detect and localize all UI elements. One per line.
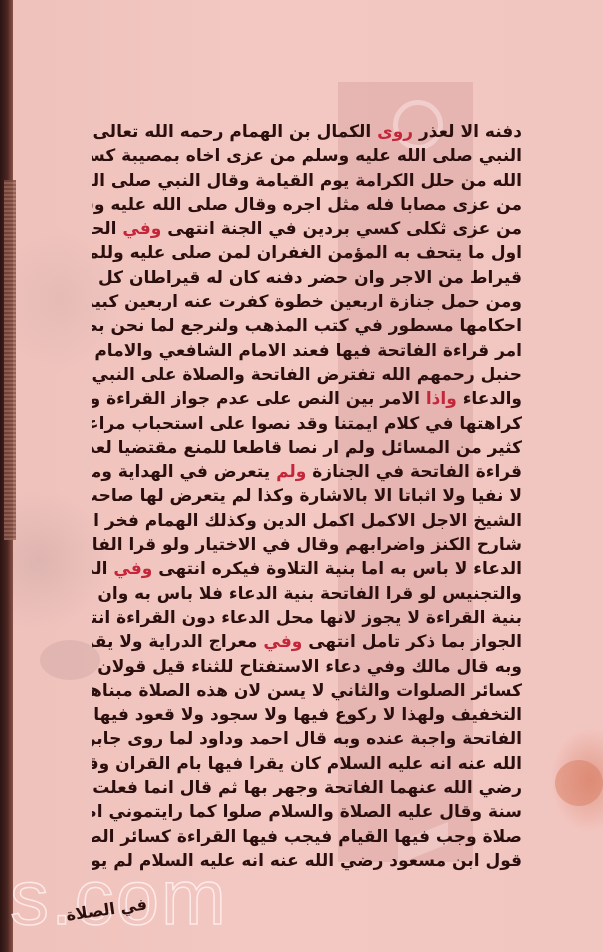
line-text: حنبل رحمهم الله تفترض الفاتحة والصلاة عل… (92, 365, 522, 385)
text-line: الجواز بما ذكر تامل انتهى وفي معراج الدر… (92, 630, 522, 654)
line-text: كسائر الصلوات والثاني لا يسن لان هذه الص… (92, 681, 522, 701)
line-text: سنة وقال عليه الصلاة والسلام صلوا كما را… (92, 802, 522, 822)
line-text: احكامها مسطور في كتب المذهب ولنرجع لما ن… (92, 316, 522, 336)
text-line: قيراط من الاجر وان حضر دفنه كان له قيراط… (92, 266, 522, 290)
text-line: احكامها مسطور في كتب المذهب ولنرجع لما ن… (92, 314, 522, 338)
line-text: وبه قال مالك وفي دعاء الاستفتاح للثناء ق… (92, 657, 522, 677)
line-text: الحديث ما معناه (92, 219, 122, 239)
line-text: الجواز بما ذكر تامل انتهى (302, 632, 522, 652)
line-text: والدعاء (457, 389, 522, 409)
line-text: الشيخ الاجل الاكمل اكمل الدين وكذلك الهم… (92, 511, 522, 531)
text-line: بنية القراءة لا يجوز لانها محل الدعاء دو… (92, 606, 522, 630)
text-line: كراهتها في كلام ايمتنا وقد نصوا على استح… (92, 412, 522, 436)
line-text: شارح الكنز واضرابهم وقال في الاختيار ولو… (92, 535, 522, 555)
manuscript-text-block: دفنه الا لعذر روى الكمال بن الهمام رحمه … (92, 120, 522, 873)
line-text: الامر بين النص على عدم جواز القراءة والن… (92, 389, 426, 409)
text-line: كسائر الصلوات والثاني لا يسن لان هذه الص… (92, 679, 522, 703)
line-text: كراهتها في كلام ايمتنا وقد نصوا على استح… (92, 414, 522, 434)
paper-stain (555, 760, 603, 806)
text-line: والدعاء واذا الامر بين النص على عدم جواز… (92, 387, 522, 411)
line-text: رضي الله عنهما الفاتحة وجهر بها ثم قال ا… (92, 778, 522, 798)
line-text: الفاتحة واجبة عنده وبه قال احمد وداود لم… (92, 729, 522, 749)
line-text: قول ابن مسعود رضي الله عنه انه عليه السل… (92, 851, 522, 871)
line-text: المحيط (92, 559, 113, 579)
line-text: امر قراءة الفاتحة فيها فعند الامام الشاف… (92, 341, 522, 361)
text-line: امر قراءة الفاتحة فيها فعند الامام الشاف… (92, 339, 522, 363)
text-line: الله من حلل الكرامة يوم القيامة وقال الن… (92, 169, 522, 193)
rubric-word: ولم (276, 462, 306, 482)
rubric-word: وفي (263, 632, 302, 652)
rubric-word: وفي (113, 559, 152, 579)
line-text: من عزى ثكلى كسي بردين في الجنة انتهى (161, 219, 522, 239)
spine-fray-edge (4, 180, 16, 540)
line-text: التخفيف ولهذا لا ركوع فيها ولا سجود ولا … (92, 705, 522, 725)
text-line: والتجنيس لو قرا الفاتحة بنية الدعاء فلا … (92, 582, 522, 606)
text-line: وبه قال مالك وفي دعاء الاستفتاح للثناء ق… (92, 655, 522, 679)
text-line: الفاتحة واجبة عنده وبه قال احمد وداود لم… (92, 727, 522, 751)
line-text: الله من حلل الكرامة يوم القيامة وقال الن… (92, 171, 522, 191)
line-text: قيراط من الاجر وان حضر دفنه كان له قيراط… (92, 268, 522, 288)
line-text: صلاة وجب فيها القيام فيجب فيها القراءة ك… (92, 827, 522, 847)
text-line: التخفيف ولهذا لا ركوع فيها ولا سجود ولا … (92, 703, 522, 727)
line-text: بنية القراءة لا يجوز لانها محل الدعاء دو… (92, 608, 522, 628)
text-line: رضي الله عنهما الفاتحة وجهر بها ثم قال ا… (92, 776, 522, 800)
line-text: لا نفيا ولا اثباتا الا بالاشارة وكذا لم … (92, 486, 522, 506)
manuscript-page: s.com دفنه الا لعذر روى الكمال بن الهمام… (0, 0, 603, 952)
line-text: كثير من المسائل ولم ار نصا قاطعا للمنع م… (92, 438, 522, 458)
text-line: قول ابن مسعود رضي الله عنه انه عليه السل… (92, 849, 522, 873)
text-line: كثير من المسائل ولم ار نصا قاطعا للمنع م… (92, 436, 522, 460)
paper-stain (40, 640, 100, 680)
line-text: والتجنيس لو قرا الفاتحة بنية الدعاء فلا … (92, 584, 522, 604)
text-line: الشيخ الاجل الاكمل اكمل الدين وكذلك الهم… (92, 509, 522, 533)
rubric-word: واذا (426, 389, 457, 409)
line-text: الله عنه انه عليه السلام كان يقرا فيها ب… (92, 754, 522, 774)
text-line: لا نفيا ولا اثباتا الا بالاشارة وكذا لم … (92, 484, 522, 508)
text-line: ومن حمل جنازة اربعين خطوة كفرت عنه اربعي… (92, 290, 522, 314)
line-text: يتعرض في الهداية ومن تبعها للقراءة (92, 462, 276, 482)
rubric-word: روى (377, 122, 413, 142)
line-text: الكمال بن الهمام رحمه الله تعالى قال (92, 122, 377, 142)
text-line: اول ما يتحف به المؤمن الغفران لمن صلى عل… (92, 241, 522, 265)
line-text: من عزى مصابا فله مثل اجره وقال صلى الله … (92, 195, 522, 215)
text-line: دفنه الا لعذر روى الكمال بن الهمام رحمه … (92, 120, 522, 144)
line-text: دفنه الا لعذر (413, 122, 522, 142)
text-line: حنبل رحمهم الله تفترض الفاتحة والصلاة عل… (92, 363, 522, 387)
text-line: سنة وقال عليه الصلاة والسلام صلوا كما را… (92, 800, 522, 824)
line-text: اول ما يتحف به المؤمن الغفران لمن صلى عل… (92, 243, 522, 263)
line-text: معراج الدراية ولا يقرا الفاتحة (92, 632, 263, 652)
line-text: ومن حمل جنازة اربعين خطوة كفرت عنه اربعي… (92, 292, 522, 312)
text-line: الدعاء لا باس به اما بنية التلاوة فيكره … (92, 557, 522, 581)
line-text: النبي صلى الله عليه وسلم من عزى اخاه بمص… (92, 146, 522, 166)
text-line: من عزى ثكلى كسي بردين في الجنة انتهى وفي… (92, 217, 522, 241)
text-line: من عزى مصابا فله مثل اجره وقال صلى الله … (92, 193, 522, 217)
rubric-word: وفي (122, 219, 161, 239)
text-line: قراءة الفاتحة في الجنازة ولم يتعرض في ال… (92, 460, 522, 484)
text-line: شارح الكنز واضرابهم وقال في الاختيار ولو… (92, 533, 522, 557)
line-text: قراءة الفاتحة في الجنازة (306, 462, 522, 482)
text-line: الله عنه انه عليه السلام كان يقرا فيها ب… (92, 752, 522, 776)
text-line: النبي صلى الله عليه وسلم من عزى اخاه بمص… (92, 144, 522, 168)
line-text: الدعاء لا باس به اما بنية التلاوة فيكره … (152, 559, 522, 579)
text-line: صلاة وجب فيها القيام فيجب فيها القراءة ك… (92, 825, 522, 849)
